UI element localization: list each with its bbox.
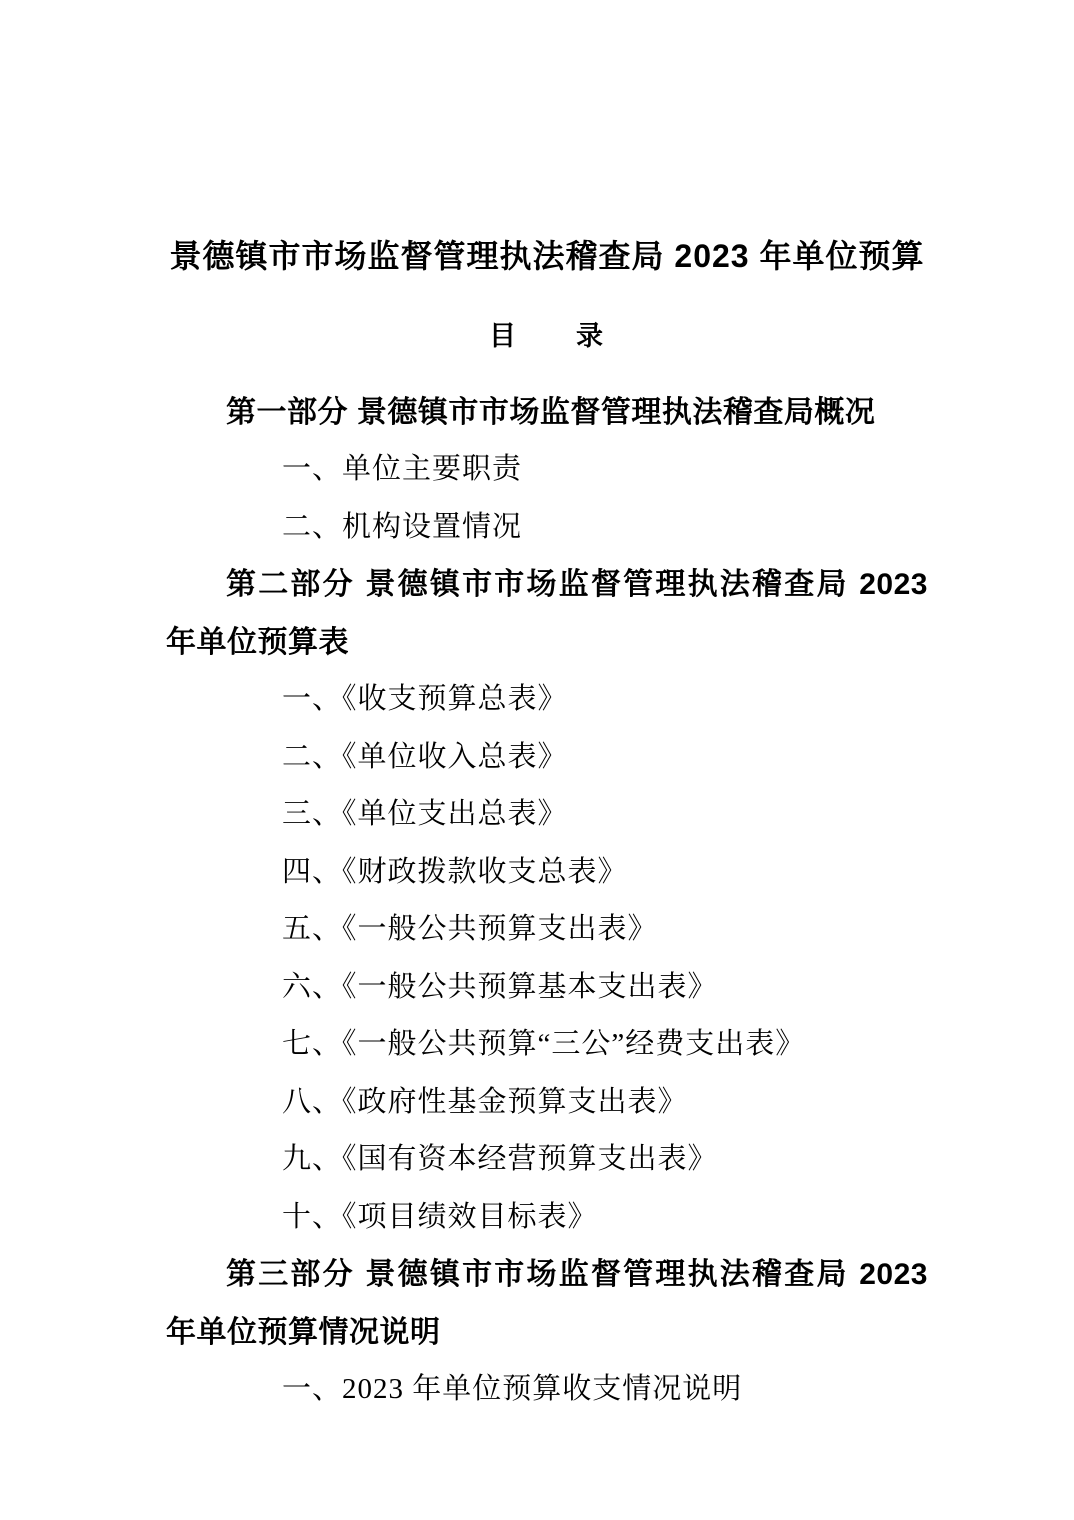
toc-item: 三、《单位支出总表》 <box>166 786 928 844</box>
toc-item: 六、《一般公共预算基本支出表》 <box>166 959 928 1017</box>
toc-item: 一、单位主要职责 <box>166 441 928 499</box>
section-heading-part1: 第一部分 景德镇市市场监督管理执法稽查局概况 <box>166 384 928 442</box>
section-heading-part3: 第三部分 景德镇市市场监督管理执法稽查局 2023 年单位预算情况说明 <box>166 1246 928 1361</box>
toc-item: 五、《一般公共预算支出表》 <box>166 901 928 959</box>
toc-heading: 目 录 <box>166 311 928 361</box>
toc-item: 二、机构设置情况 <box>166 499 928 557</box>
toc-item: 一、2023 年单位预算收支情况说明 <box>166 1361 928 1419</box>
toc-item: 二、《单位收入总表》 <box>166 729 928 787</box>
toc-item: 十、《项目绩效目标表》 <box>166 1189 928 1247</box>
toc-item: 七、《一般公共预算“三公”经费支出表》 <box>166 1016 928 1074</box>
document-page: 景德镇市市场监督管理执法稽查局 2023 年单位预算 目 录 第一部分 景德镇市… <box>0 0 1074 1520</box>
toc-item: 八、《政府性基金预算支出表》 <box>166 1074 928 1132</box>
toc-body: 第一部分 景德镇市市场监督管理执法稽查局概况 一、单位主要职责 二、机构设置情况… <box>166 384 928 1419</box>
toc-item: 一、《收支预算总表》 <box>166 671 928 729</box>
document-title: 景德镇市市场监督管理执法稽查局 2023 年单位预算 <box>166 231 928 281</box>
section-heading-part2: 第二部分 景德镇市市场监督管理执法稽查局 2023 年单位预算表 <box>166 556 928 671</box>
toc-item: 九、《国有资本经营预算支出表》 <box>166 1131 928 1189</box>
toc-item: 四、《财政拨款收支总表》 <box>166 844 928 902</box>
